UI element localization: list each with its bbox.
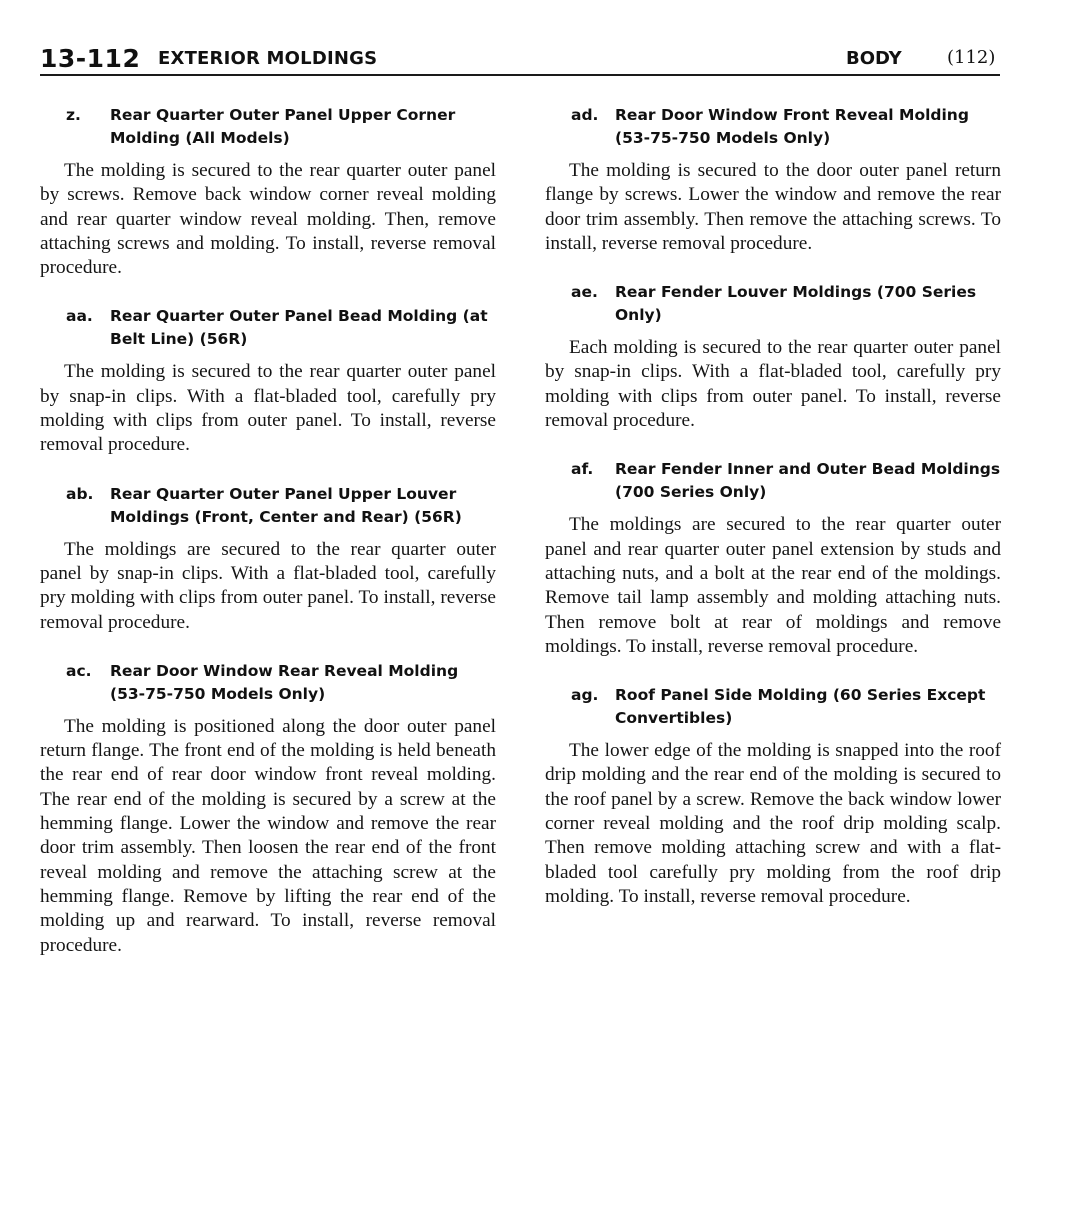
section-title: Rear Quarter Outer Panel Bead Molding (a… xyxy=(110,307,488,348)
section-heading: aa. Rear Quarter Outer Panel Bead Moldin… xyxy=(40,305,496,351)
section-heading: ad. Rear Door Window Front Reveal Moldin… xyxy=(545,104,1001,150)
section-body: The molding is secured to the rear quart… xyxy=(40,360,496,457)
section-label: z. xyxy=(66,104,81,127)
section-title: EXTERIOR MOLDINGS xyxy=(158,48,377,69)
section-label: ad. xyxy=(571,104,598,127)
section-body: Each molding is secured to the rear quar… xyxy=(545,336,1001,433)
page-number: 13-112 xyxy=(40,44,140,73)
section-ab: ab. Rear Quarter Outer Panel Upper Louve… xyxy=(40,483,496,635)
section-label: ag. xyxy=(571,684,598,707)
section-heading: z. Rear Quarter Outer Panel Upper Corner… xyxy=(40,104,496,150)
section-title: Rear Fender Inner and Outer Bead Molding… xyxy=(615,460,1000,501)
section-body: The moldings are secured to the rear qua… xyxy=(40,538,496,635)
section-body: The molding is positioned along the door… xyxy=(40,715,496,958)
section-heading: ae. Rear Fender Louver Moldings (700 Ser… xyxy=(545,281,1001,327)
section-heading: af. Rear Fender Inner and Outer Bead Mol… xyxy=(545,458,1001,504)
section-body: The lower edge of the molding is snapped… xyxy=(545,739,1001,909)
section-aa: aa. Rear Quarter Outer Panel Bead Moldin… xyxy=(40,305,496,457)
right-column: ad. Rear Door Window Front Reveal Moldin… xyxy=(545,104,1001,909)
section-body: The molding is secured to the door outer… xyxy=(545,159,1001,256)
section-z: z. Rear Quarter Outer Panel Upper Corner… xyxy=(40,104,496,280)
section-heading: ag. Roof Panel Side Molding (60 Series E… xyxy=(545,684,1001,730)
section-title: Roof Panel Side Molding (60 Series Excep… xyxy=(615,686,985,727)
section-ag: ag. Roof Panel Side Molding (60 Series E… xyxy=(545,684,1001,909)
section-title: Rear Fender Louver Moldings (700 Series … xyxy=(615,283,976,324)
section-af: af. Rear Fender Inner and Outer Bead Mol… xyxy=(545,458,1001,659)
page-reference: (112) xyxy=(947,47,995,68)
section-title: Rear Quarter Outer Panel Upper Corner Mo… xyxy=(110,106,455,147)
section-label: ac. xyxy=(66,660,92,683)
section-title: Rear Door Window Rear Reveal Molding (53… xyxy=(110,662,458,703)
section-body: The moldings are secured to the rear qua… xyxy=(545,513,1001,659)
section-heading: ac. Rear Door Window Rear Reveal Molding… xyxy=(40,660,496,706)
section-heading: ab. Rear Quarter Outer Panel Upper Louve… xyxy=(40,483,496,529)
section-ac: ac. Rear Door Window Rear Reveal Molding… xyxy=(40,660,496,958)
left-column: z. Rear Quarter Outer Panel Upper Corner… xyxy=(40,104,496,958)
page-header: 13-112 EXTERIOR MOLDINGS BODY (112) xyxy=(40,42,1000,76)
section-label: aa. xyxy=(66,305,93,328)
section-label: ab. xyxy=(66,483,93,506)
section-ad: ad. Rear Door Window Front Reveal Moldin… xyxy=(545,104,1001,256)
section-title: Rear Quarter Outer Panel Upper Louver Mo… xyxy=(110,485,462,526)
section-ae: ae. Rear Fender Louver Moldings (700 Ser… xyxy=(545,281,1001,433)
section-label: af. xyxy=(571,458,593,481)
section-title: Rear Door Window Front Reveal Molding (5… xyxy=(615,106,969,147)
chapter-title: BODY xyxy=(846,48,902,69)
section-label: ae. xyxy=(571,281,598,304)
section-body: The molding is secured to the rear quart… xyxy=(40,159,496,280)
